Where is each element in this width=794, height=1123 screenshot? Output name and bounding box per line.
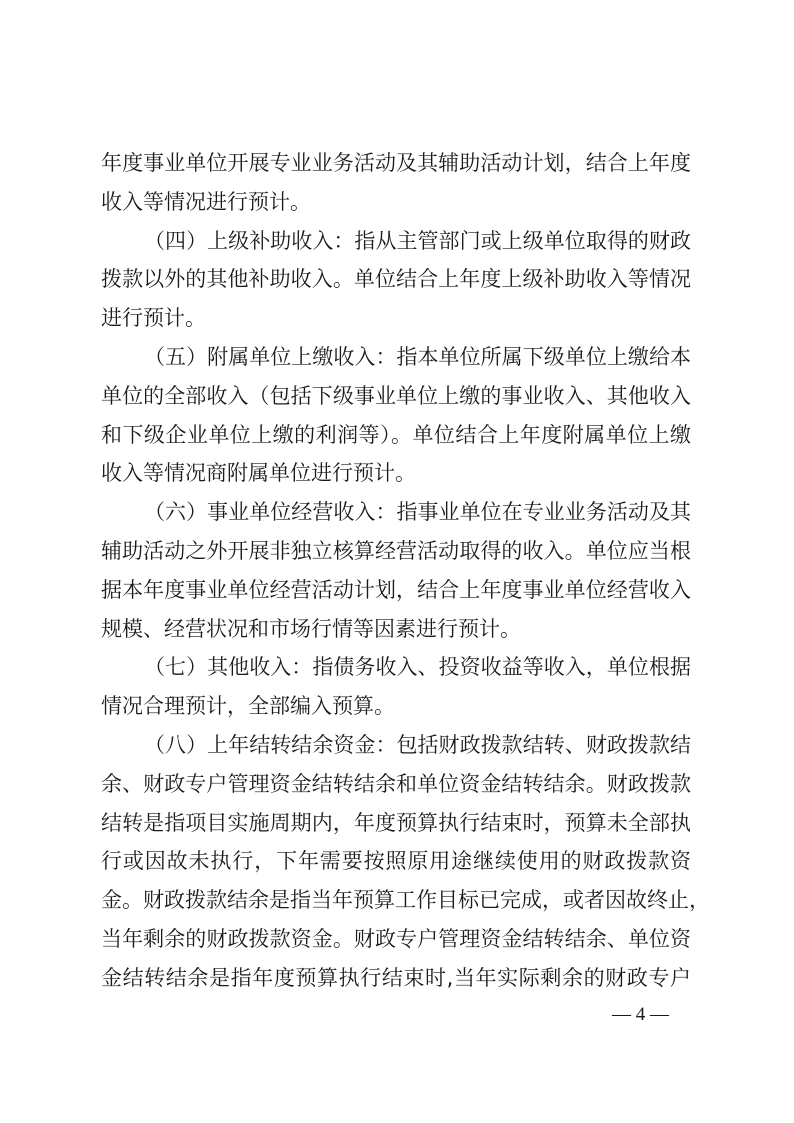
text-line: 辅助活动之外开展非独立核算经营活动取得的收入。单位应当根: [101, 532, 691, 571]
text-line: 金结转结余是指年度预算执行结束时,当年实际剩余的财政专户: [101, 959, 691, 998]
text-line: 当年剩余的财政拨款资金。财政专户管理资金结转结余、单位资: [101, 920, 691, 959]
paragraph-item-8: （八）上年结转结余资金：包括财政拨款结转、财政拨款结 余、财政专户管理资金结转结…: [101, 726, 691, 998]
text-line: 据本年度事业单位经营活动计划，结合上年度事业单位经营收入: [101, 571, 691, 610]
text-line: 单位的全部收入（包括下级事业单位上缴的事业收入、其他收入: [101, 377, 691, 416]
text-line: （七）其他收入：指债务收入、投资收益等收入，单位根据: [101, 648, 691, 687]
text-line: 情况合理预计，全部编入预算。: [101, 687, 691, 726]
text-line: 金。财政拨款结余是指当年预算工作目标已完成，或者因故终止，: [101, 881, 691, 920]
text-line: 规模、经营状况和市场行情等因素进行预计。: [101, 610, 691, 649]
paragraph-item-4: （四）上级补助收入：指从主管部门或上级单位取得的财政 拨款以外的其他补助收入。单…: [101, 222, 691, 338]
paragraph-item-6: （六）事业单位经营收入：指事业单位在专业业务活动及其 辅助活动之外开展非独立核算…: [101, 493, 691, 648]
paragraph-item-5: （五）附属单位上缴收入：指本单位所属下级单位上缴给本 单位的全部收入（包括下级事…: [101, 338, 691, 493]
text-line: （六）事业单位经营收入：指事业单位在专业业务活动及其: [101, 493, 691, 532]
text-line: 进行预计。: [101, 299, 691, 338]
text-line: 结转是指项目实施周期内，年度预算执行结束时，预算未全部执: [101, 804, 691, 843]
paragraph-continuation: 年度事业单位开展专业业务活动及其辅助活动计划，结合上年度 收入等情况进行预计。: [101, 144, 691, 222]
text-line: （四）上级补助收入：指从主管部门或上级单位取得的财政: [101, 222, 691, 261]
paragraph-item-7: （七）其他收入：指债务收入、投资收益等收入，单位根据 情况合理预计，全部编入预算…: [101, 648, 691, 726]
text-line: 和下级企业单位上缴的利润等）。单位结合上年度附属单位上缴: [101, 416, 691, 455]
page-number: — 4 —: [612, 1002, 668, 1028]
text-line: 年度事业单位开展专业业务活动及其辅助活动计划，结合上年度: [101, 144, 691, 183]
text-line: 收入等情况进行预计。: [101, 183, 691, 222]
text-line: 拨款以外的其他补助收入。单位结合上年度上级补助收入等情况: [101, 260, 691, 299]
document-page: 年度事业单位开展专业业务活动及其辅助活动计划，结合上年度 收入等情况进行预计。 …: [0, 0, 794, 1123]
text-line: （八）上年结转结余资金：包括财政拨款结转、财政拨款结: [101, 726, 691, 765]
body-text: 年度事业单位开展专业业务活动及其辅助活动计划，结合上年度 收入等情况进行预计。 …: [101, 144, 691, 998]
text-line: 收入等情况商附属单位进行预计。: [101, 454, 691, 493]
text-line: （五）附属单位上缴收入：指本单位所属下级单位上缴给本: [101, 338, 691, 377]
text-line: 行或因故未执行，下年需要按照原用途继续使用的财政拨款资: [101, 842, 691, 881]
text-line: 余、财政专户管理资金结转结余和单位资金结转结余。财政拨款: [101, 765, 691, 804]
